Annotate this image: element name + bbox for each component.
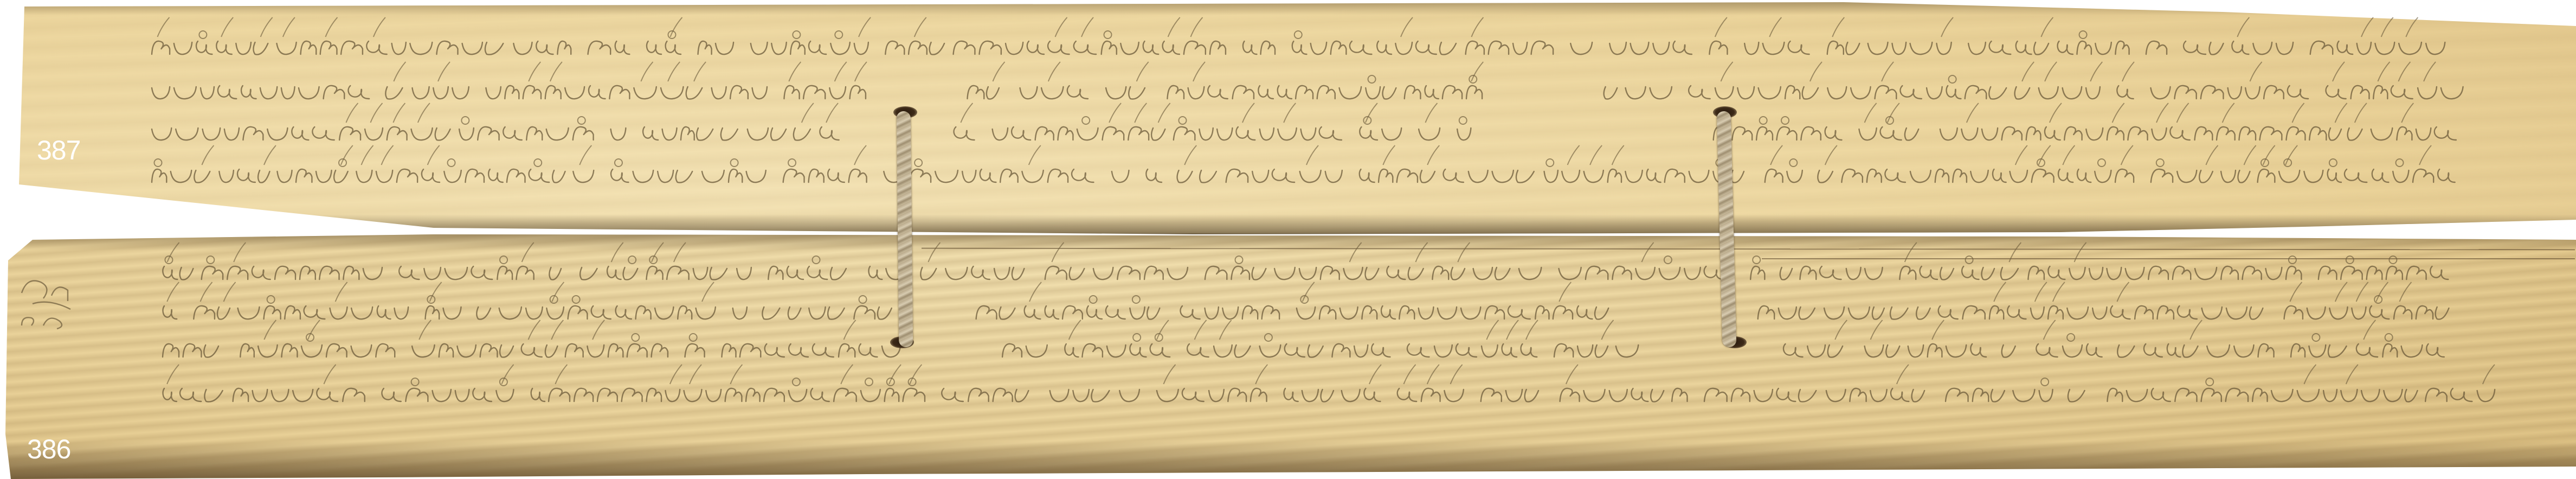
handwritten-glyph xyxy=(1339,87,1361,99)
handwritten-glyph xyxy=(1434,345,1452,357)
handwritten-glyph xyxy=(1609,42,1626,54)
handwritten-glyph xyxy=(1387,266,1405,279)
handwritten-glyph xyxy=(281,87,295,99)
handwritten-glyph xyxy=(737,267,751,279)
handwritten-glyph xyxy=(236,42,251,54)
diacritic-mark xyxy=(2244,145,2256,165)
handwritten-glyph xyxy=(1444,169,1464,182)
handwritten-glyph xyxy=(2151,169,2173,182)
handwritten-glyph xyxy=(2048,266,2065,279)
handwritten-glyph xyxy=(1466,41,1484,54)
handwritten-glyph xyxy=(807,266,827,279)
handwritten-glyph xyxy=(2441,87,2463,99)
handwritten-glyph xyxy=(1516,170,1534,183)
handwritten-glyph xyxy=(1544,170,1558,182)
handwritten-glyph xyxy=(1912,389,1925,402)
diacritic-mark xyxy=(2355,103,2367,123)
diacritic-mark xyxy=(1135,103,1147,123)
handwritten-glyph xyxy=(546,307,564,319)
handwritten-glyph xyxy=(696,307,716,319)
handwritten-glyph xyxy=(526,127,542,140)
handwritten-glyph xyxy=(1243,41,1257,54)
handwritten-glyph xyxy=(661,87,684,99)
handwritten-glyph xyxy=(1000,169,1017,182)
diacritic-mark xyxy=(1415,242,1427,262)
handwritten-glyph xyxy=(174,87,196,99)
diacritic-mark xyxy=(1052,242,1064,262)
diacritic-mark xyxy=(1168,17,1180,37)
diacritic-circle xyxy=(199,31,207,39)
handwritten-glyph xyxy=(1381,306,1395,319)
diacritic-mark xyxy=(2121,145,2133,165)
handwritten-glyph xyxy=(1756,127,1773,140)
handwritten-glyph xyxy=(589,86,606,99)
diacritic-circle xyxy=(1949,75,1956,83)
handwritten-glyph xyxy=(376,170,392,182)
handwritten-glyph xyxy=(351,307,372,319)
handwritten-glyph xyxy=(2341,389,2357,401)
handwritten-glyph xyxy=(1395,42,1412,54)
handwritten-glyph xyxy=(2028,266,2044,279)
handwritten-glyph xyxy=(716,42,733,54)
handwritten-glyph xyxy=(954,127,975,140)
handwritten-glyph xyxy=(2258,169,2275,182)
handwritten-glyph xyxy=(616,306,632,319)
diacritic-mark xyxy=(381,145,393,165)
handwritten-glyph xyxy=(243,127,263,140)
diacritic-mark xyxy=(438,62,450,81)
handwritten-glyph xyxy=(194,170,210,183)
handwritten-glyph xyxy=(1867,169,1882,182)
handwritten-glyph xyxy=(557,41,571,54)
handwritten-glyph xyxy=(1851,87,1871,99)
handwritten-glyph xyxy=(1278,128,1296,140)
handwritten-glyph xyxy=(1182,388,1204,401)
handwritten-glyph xyxy=(2201,388,2221,401)
handwritten-glyph xyxy=(987,87,999,99)
handwritten-glyph xyxy=(2401,345,2423,357)
handwritten-glyph xyxy=(1892,42,1906,54)
diacritic-mark xyxy=(1769,17,1781,37)
handwritten-glyph xyxy=(676,170,692,183)
handwritten-glyph xyxy=(1802,87,1818,99)
handwritten-glyph xyxy=(2013,389,2034,401)
diacritic-mark xyxy=(1184,145,1196,165)
handwritten-glyph xyxy=(2264,86,2284,99)
handwritten-glyph xyxy=(1962,266,1979,279)
handwritten-glyph xyxy=(545,86,561,99)
diacritic-mark xyxy=(2378,62,2390,81)
handwritten-glyph xyxy=(253,42,268,55)
diacritic-mark xyxy=(1506,320,1518,340)
diacritic-mark xyxy=(2237,17,2249,37)
diacritic-mark xyxy=(1721,62,1733,81)
diacritic-mark xyxy=(1350,242,1362,262)
diacritic-mark xyxy=(1932,320,1944,340)
handwritten-glyph xyxy=(1731,170,1744,183)
handwritten-glyph xyxy=(2337,41,2353,54)
handwritten-glyph xyxy=(2036,344,2057,357)
handwritten-glyph xyxy=(2328,345,2347,357)
diacritic-mark xyxy=(202,145,214,165)
handwritten-glyph xyxy=(1993,169,2006,182)
diacritic-mark xyxy=(324,365,336,384)
handwritten-glyph xyxy=(1859,128,1876,140)
handwritten-glyph xyxy=(341,41,363,54)
handwritten-glyph xyxy=(1364,388,1380,401)
diacritic-mark xyxy=(522,242,534,262)
handwritten-glyph xyxy=(2416,128,2431,140)
handwritten-glyph xyxy=(1235,345,1251,357)
diacritic-circle xyxy=(578,117,585,124)
handwritten-glyph xyxy=(2232,41,2249,54)
handwritten-glyph xyxy=(1777,127,1797,140)
handwritten-glyph xyxy=(1065,344,1078,357)
handwritten-glyph xyxy=(2010,170,2027,182)
diacritic-mark xyxy=(841,365,853,384)
handwritten-glyph xyxy=(1989,41,2011,54)
handwritten-glyph xyxy=(334,170,348,183)
handwritten-glyph xyxy=(549,388,570,401)
diacritic-circle xyxy=(1781,117,1789,124)
handwritten-glyph xyxy=(1382,128,1401,140)
handwritten-glyph xyxy=(1344,267,1363,279)
handwritten-glyph xyxy=(945,267,967,279)
handwritten-glyph xyxy=(1788,41,1809,54)
handwritten-glyph xyxy=(1577,345,1593,357)
handwritten-glyph xyxy=(920,267,936,280)
handwritten-glyph xyxy=(2064,127,2082,140)
handwritten-glyph xyxy=(1659,267,1680,279)
handwritten-glyph xyxy=(1559,267,1581,279)
diacritic-circle xyxy=(2206,378,2213,386)
handwritten-glyph xyxy=(1062,306,1083,319)
handwritten-glyph xyxy=(1087,306,1102,319)
handwritten-glyph xyxy=(652,344,668,357)
handwritten-glyph xyxy=(627,344,647,357)
handwritten-glyph xyxy=(1982,128,1998,140)
diacritic-mark xyxy=(325,17,337,37)
diacritic-circle xyxy=(1546,159,1554,167)
handwritten-glyph xyxy=(1274,267,1295,279)
handwritten-glyph xyxy=(748,128,768,140)
diacritic-circle xyxy=(154,159,162,167)
handwritten-glyph xyxy=(2323,389,2337,401)
diacritic-circle xyxy=(2079,31,2087,39)
handwritten-glyph xyxy=(1939,306,1958,319)
handwritten-glyph xyxy=(2310,41,2333,54)
handwritten-glyph xyxy=(1928,344,1942,357)
handwritten-glyph xyxy=(885,41,904,54)
diacritic-mark xyxy=(1967,103,1979,123)
handwritten-glyph xyxy=(1297,307,1315,319)
handwritten-glyph xyxy=(611,128,626,140)
diacritic-mark xyxy=(1284,103,1296,123)
handwritten-glyph xyxy=(1438,307,1457,319)
handwritten-glyph xyxy=(1586,266,1608,279)
handwritten-glyph xyxy=(1779,307,1796,319)
handwritten-glyph xyxy=(942,388,963,401)
handwritten-glyph xyxy=(1595,345,1608,357)
diacritic-circle xyxy=(267,296,275,303)
handwritten-glyph xyxy=(1604,87,1618,99)
handwritten-glyph xyxy=(643,127,658,140)
handwritten-glyph xyxy=(2252,388,2267,401)
diacritic-circle xyxy=(1664,256,1672,264)
handwritten-glyph xyxy=(809,307,825,319)
handwritten-glyph xyxy=(1759,87,1781,99)
handwritten-glyph xyxy=(1184,41,1206,54)
handwritten-glyph xyxy=(2238,170,2250,183)
handwritten-glyph xyxy=(496,389,513,401)
handwritten-glyph xyxy=(820,127,839,140)
handwritten-glyph xyxy=(850,86,866,99)
diacritic-circle xyxy=(2289,256,2296,264)
handwritten-glyph xyxy=(830,42,850,54)
diacritic-mark xyxy=(1871,320,1883,340)
diacritic-mark xyxy=(167,282,179,302)
handwritten-glyph xyxy=(1651,389,1664,402)
handwritten-glyph xyxy=(2356,344,2378,357)
handwritten-glyph xyxy=(163,306,177,319)
handwritten-glyph xyxy=(1226,169,1248,182)
handwritten-glyph xyxy=(1826,389,1846,401)
handwritten-glyph xyxy=(994,267,1009,279)
handwritten-glyph xyxy=(678,306,692,319)
handwritten-glyph xyxy=(849,169,867,182)
handwritten-glyph xyxy=(412,345,435,357)
diacritic-mark xyxy=(234,242,246,262)
handwritten-glyph xyxy=(152,87,170,99)
handwritten-glyph xyxy=(1407,344,1429,357)
rope-binding-left xyxy=(897,111,913,347)
handwritten-glyph xyxy=(2286,266,2301,279)
diacritic-mark xyxy=(221,17,233,37)
handwritten-glyph xyxy=(264,306,281,319)
handwritten-glyph xyxy=(365,128,383,140)
handwritten-glyph xyxy=(1647,169,1661,182)
diacritic-circle xyxy=(1966,256,1973,264)
handwritten-glyph xyxy=(1252,170,1268,182)
handwritten-glyph xyxy=(1002,344,1022,357)
handwritten-glyph xyxy=(788,307,801,320)
handwritten-glyph xyxy=(1129,87,1145,99)
handwritten-glyph xyxy=(1440,42,1456,55)
diacritic-mark xyxy=(430,282,442,302)
handwritten-glyph xyxy=(1117,266,1140,279)
diacritic-mark xyxy=(336,282,347,302)
handwritten-glyph xyxy=(733,307,747,319)
handwritten-glyph xyxy=(1209,389,1224,401)
diacritic-mark xyxy=(2090,62,2102,81)
handwritten-glyph xyxy=(326,344,347,357)
handwritten-glyph xyxy=(1672,388,1687,401)
handwritten-glyph xyxy=(1405,86,1421,99)
handwritten-glyph xyxy=(2107,267,2121,279)
handwritten-glyph xyxy=(730,86,748,99)
handwritten-glyph xyxy=(526,307,543,319)
handwritten-glyph xyxy=(486,87,500,99)
handwritten-glyph xyxy=(1366,87,1380,99)
diacritic-mark xyxy=(1427,365,1439,384)
handwritten-glyph xyxy=(1379,169,1393,182)
handwritten-glyph xyxy=(1399,306,1414,319)
handwritten-glyph xyxy=(433,389,451,401)
handwritten-glyph xyxy=(2341,266,2362,279)
handwritten-glyph xyxy=(980,41,1001,54)
diacritic-mark xyxy=(1048,62,1060,81)
handwritten-glyph xyxy=(2128,127,2147,140)
handwritten-glyph xyxy=(2416,306,2433,319)
handwritten-glyph xyxy=(2426,42,2445,54)
handwritten-glyph xyxy=(1360,169,1375,182)
diacritic-mark xyxy=(1641,242,1653,262)
handwritten-glyph xyxy=(285,306,300,319)
diacritic-mark xyxy=(670,17,682,37)
handwritten-glyph xyxy=(1953,169,1967,182)
handwritten-glyph xyxy=(2086,128,2103,140)
handwritten-glyph xyxy=(2170,127,2189,140)
handwritten-glyph xyxy=(1891,388,1909,401)
diacritic-mark xyxy=(1242,103,1254,123)
handwritten-glyph xyxy=(1107,345,1126,357)
handwritten-glyph xyxy=(2329,128,2341,140)
diacritic-mark xyxy=(555,365,567,384)
diacritic-circle xyxy=(2067,334,2075,341)
handwritten-glyph xyxy=(2221,266,2238,279)
handwritten-glyph xyxy=(1650,87,1672,99)
handwritten-glyph xyxy=(1910,170,1931,182)
handwritten-glyph xyxy=(1120,42,1138,54)
handwritten-glyph xyxy=(2260,127,2282,140)
handwritten-glyph xyxy=(1106,87,1126,99)
handwritten-glyph xyxy=(2319,266,2337,279)
diacritic-circle xyxy=(411,378,419,386)
handwritten-glyph xyxy=(1350,41,1372,54)
handwritten-glyph xyxy=(1106,306,1125,319)
handwritten-glyph xyxy=(1554,344,1573,357)
diacritic-mark xyxy=(1905,242,1917,262)
handwritten-glyph xyxy=(697,128,713,140)
handwritten-glyph xyxy=(1041,87,1063,99)
handwritten-glyph xyxy=(1473,267,1492,279)
handwritten-glyph xyxy=(1616,345,1639,357)
handwritten-glyph xyxy=(1609,389,1627,401)
diacritic-circle xyxy=(207,256,214,264)
handwritten-glyph xyxy=(1776,388,1795,401)
handwritten-glyph xyxy=(435,128,450,140)
handwritten-glyph xyxy=(1228,388,1246,401)
handwritten-glyph xyxy=(622,388,642,401)
handwritten-glyph xyxy=(1732,127,1752,140)
diacritic-circle xyxy=(448,159,455,167)
handwritten-glyph xyxy=(967,86,984,99)
handwritten-glyph xyxy=(1072,169,1093,182)
handwritten-glyph xyxy=(2393,170,2408,182)
handwritten-glyph xyxy=(224,128,239,140)
handwritten-glyph xyxy=(608,344,623,357)
diacritic-circle xyxy=(788,159,796,167)
diacritic-mark xyxy=(1369,365,1381,384)
handwritten-glyph xyxy=(746,388,760,401)
handwritten-glyph xyxy=(783,169,804,182)
diacritic-mark xyxy=(2364,320,2375,340)
handwritten-glyph xyxy=(1236,127,1255,140)
handwritten-glyph xyxy=(549,267,561,280)
handwritten-glyph xyxy=(1077,128,1098,140)
handwritten-glyph xyxy=(784,86,799,99)
handwritten-glyph xyxy=(1371,344,1390,357)
handwritten-glyph xyxy=(702,170,724,182)
diacritic-mark xyxy=(2122,62,2134,81)
handwritten-glyph xyxy=(272,389,289,401)
handwritten-glyph xyxy=(2426,344,2444,357)
handwritten-glyph xyxy=(2086,344,2102,357)
handwritten-glyph xyxy=(2117,345,2134,357)
handwritten-glyph xyxy=(1251,388,1267,401)
diacritic-mark xyxy=(2190,320,2202,340)
handwritten-glyph xyxy=(2001,267,2018,280)
handwritten-glyph xyxy=(1787,170,1802,182)
handwritten-glyph xyxy=(2077,169,2091,182)
handwritten-glyph xyxy=(1916,307,1930,320)
handwritten-glyph xyxy=(1632,388,1648,401)
handwritten-glyph xyxy=(2451,388,2472,401)
handwritten-glyph xyxy=(1886,345,1899,357)
handwritten-glyph xyxy=(1560,388,1580,401)
handwritten-glyph xyxy=(2438,169,2455,182)
handwritten-glyph xyxy=(1521,344,1537,357)
handwritten-glyph xyxy=(1292,41,1307,54)
handwritten-glyph xyxy=(1050,389,1069,401)
handwritten-glyph xyxy=(1495,267,1510,280)
handwritten-glyph xyxy=(457,345,476,357)
handwritten-glyph xyxy=(202,266,223,279)
handwritten-glyph xyxy=(163,388,177,401)
handwritten-glyph xyxy=(2406,266,2426,279)
diacritic-mark xyxy=(1081,17,1093,37)
handwritten-glyph xyxy=(1419,128,1440,140)
handwritten-glyph xyxy=(523,86,541,99)
diacritic-circle xyxy=(793,31,800,39)
handwritten-glyph xyxy=(1506,389,1522,401)
diacritic-mark xyxy=(593,320,604,340)
diacritic-mark xyxy=(2117,282,2129,302)
handwritten-glyph xyxy=(771,128,786,140)
diacritic-circle xyxy=(2396,159,2404,167)
handwritten-glyph xyxy=(1214,345,1232,357)
diacritic-mark xyxy=(961,103,973,123)
handwritten-glyph xyxy=(909,169,931,182)
handwritten-glyph xyxy=(1187,344,1209,357)
handwritten-glyph xyxy=(1317,86,1335,99)
handwritten-glyph xyxy=(740,344,761,357)
handwritten-glyph xyxy=(152,169,166,182)
handwritten-glyph xyxy=(1093,267,1113,279)
handwritten-glyph xyxy=(693,267,708,279)
handwritten-glyph xyxy=(241,86,256,99)
handwritten-glyph xyxy=(1419,307,1434,319)
diacritic-mark xyxy=(529,62,540,81)
diacritic-mark xyxy=(551,320,563,340)
handwritten-glyph xyxy=(2297,389,2319,401)
handwritten-glyph xyxy=(1332,344,1350,357)
handwritten-glyph xyxy=(1973,388,1989,401)
handwritten-glyph xyxy=(830,267,846,280)
handwritten-glyph xyxy=(1508,306,1530,319)
diacritic-mark xyxy=(529,320,540,340)
handwritten-glyph xyxy=(993,388,1013,401)
